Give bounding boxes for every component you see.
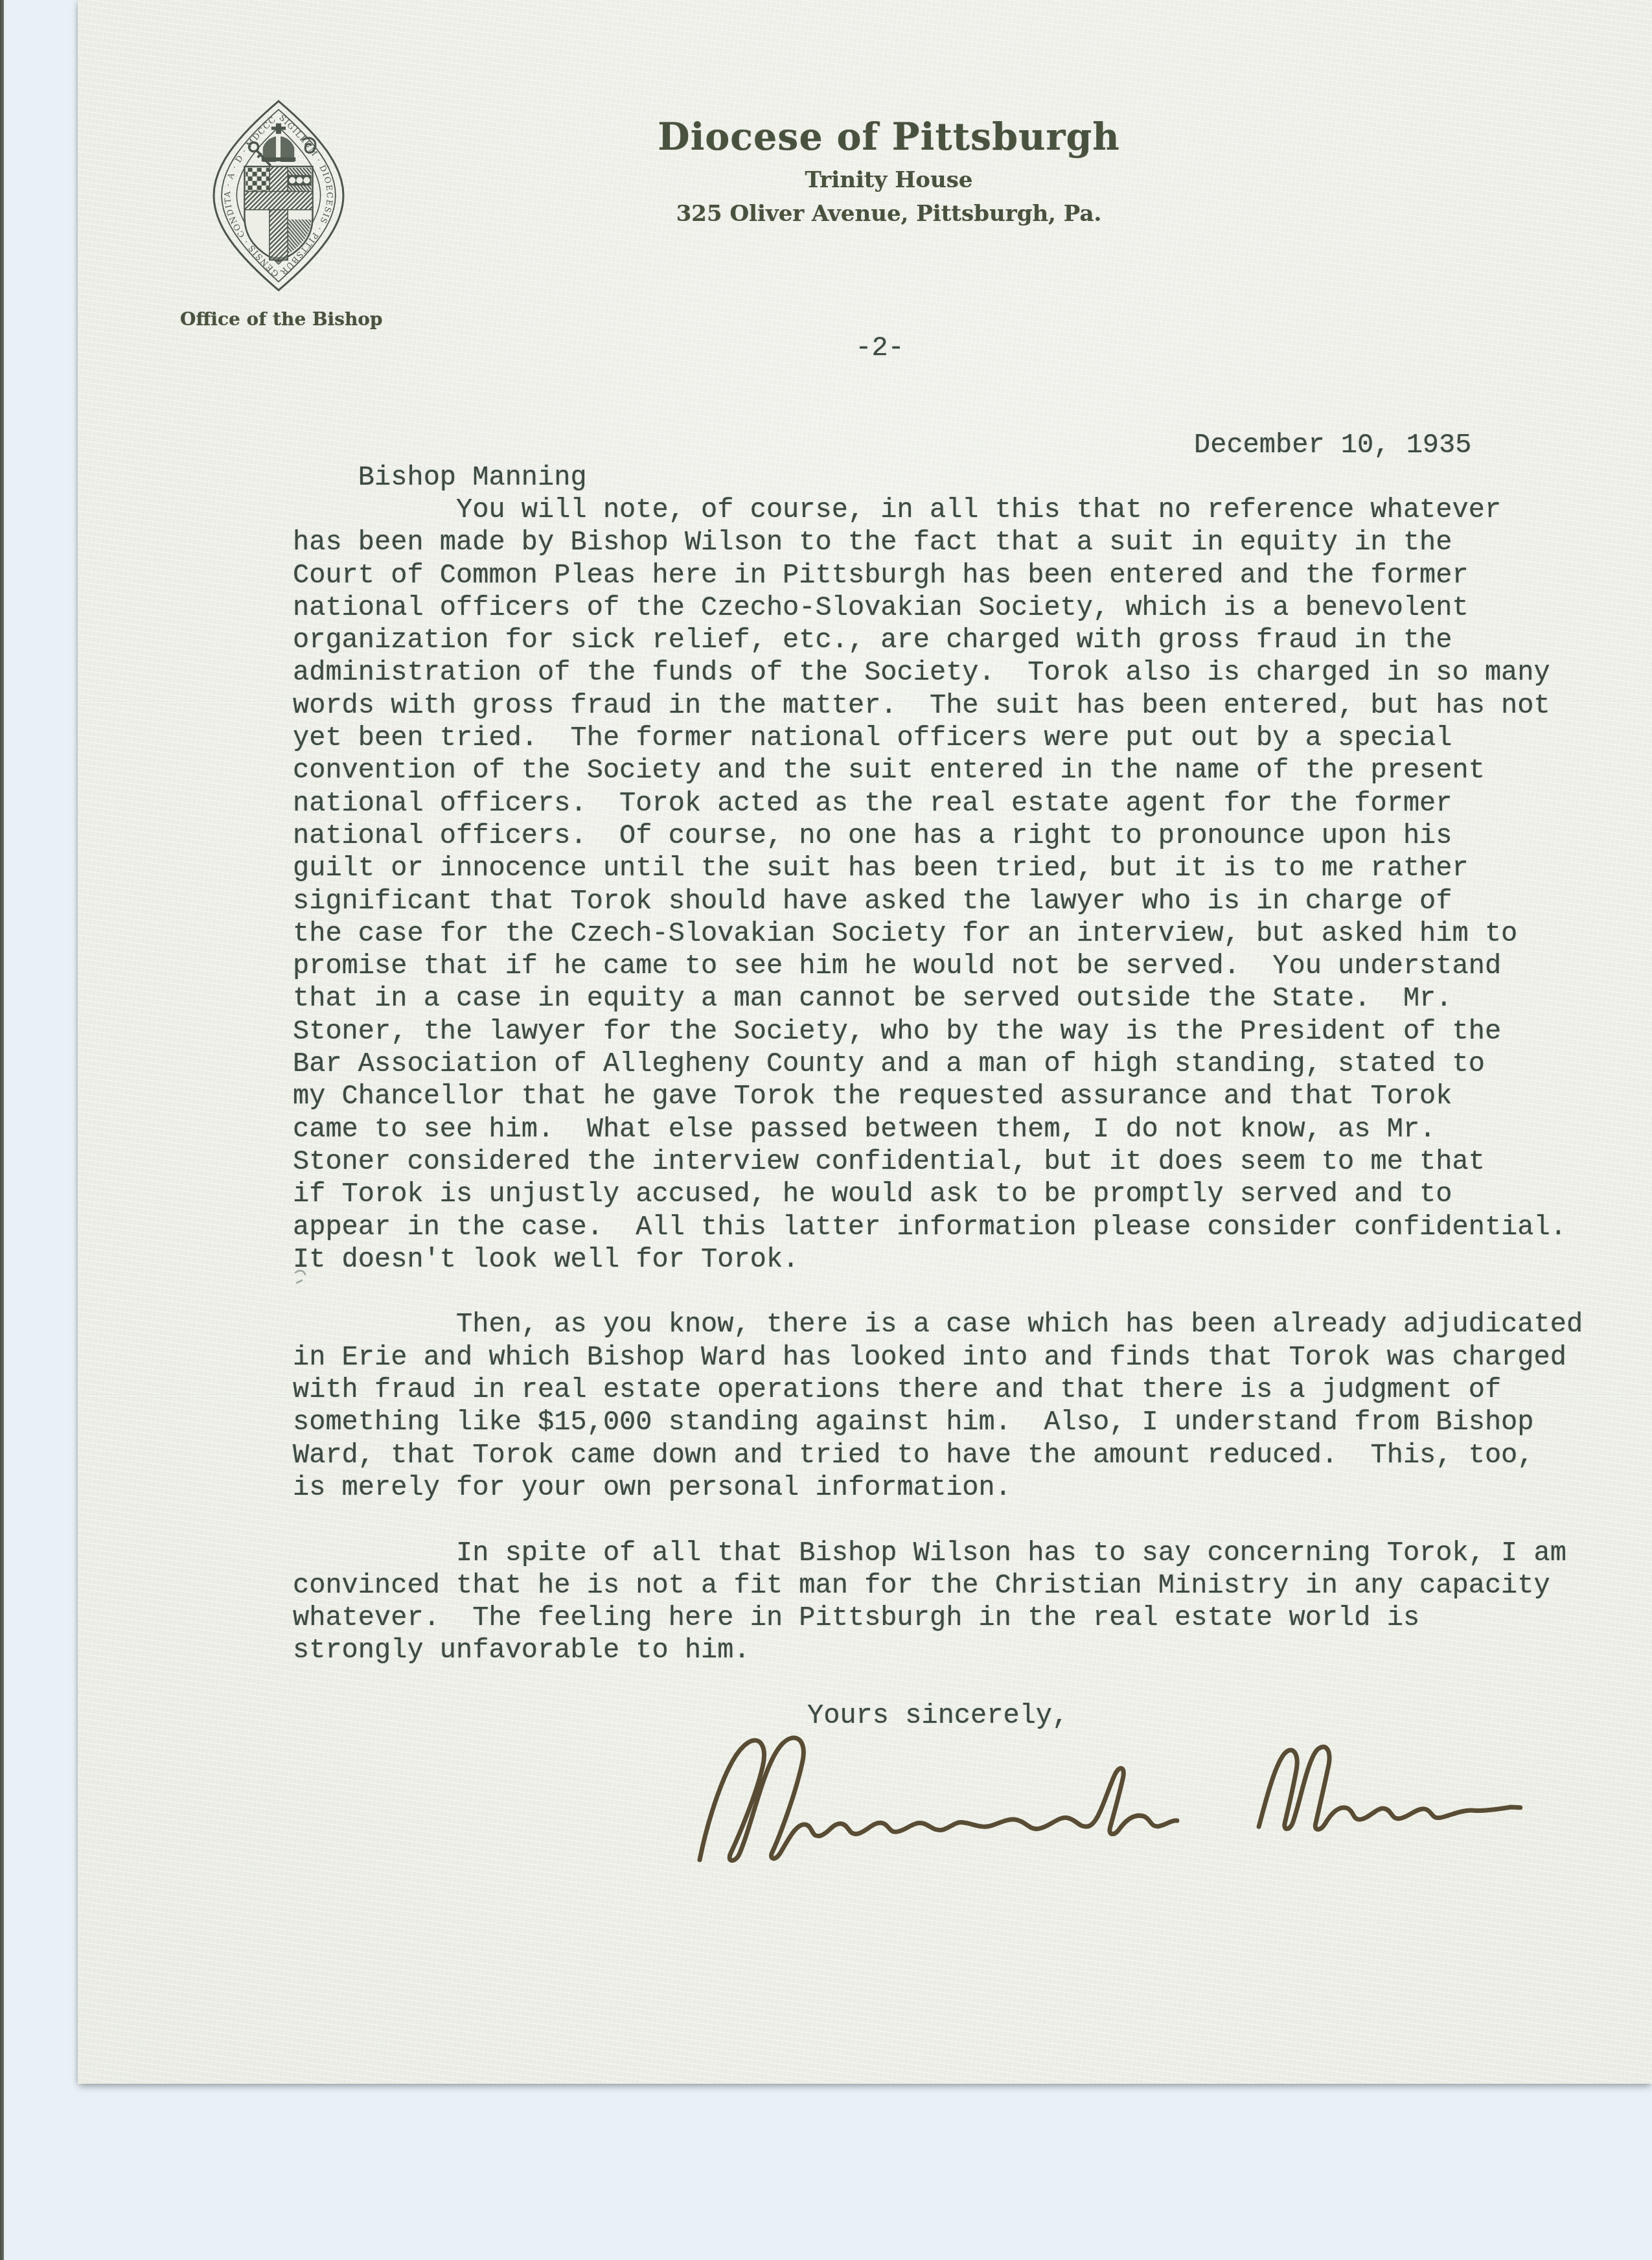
- typewritten-line: whatever. The feeling here in Pittsburgh…: [293, 1602, 1640, 1634]
- body-paragraph: You will note, of course, in all this th…: [293, 494, 1640, 1276]
- typewritten-line: came to see him. What else passed betwee…: [293, 1113, 1640, 1146]
- stray-pen-mark: [292, 1267, 315, 1291]
- scanned-letter-page: { "letterhead": { "title": "Diocese of P…: [0, 0, 1652, 2260]
- typewritten-line: my Chancellor that he gave Torok the req…: [293, 1080, 1640, 1113]
- letterhead-title: Diocese of Pittsburgh: [371, 115, 1407, 159]
- letter-paper: SIGILLUM · DIOECESIS · PITTSBURGENSIS · …: [78, 0, 1652, 2084]
- recipient-name: Bishop Manning: [358, 462, 587, 493]
- typewritten-line: national officers. Of course, no one has…: [293, 820, 1640, 852]
- typewritten-line: words with gross fraud in the matter. Th…: [293, 689, 1640, 722]
- body-paragraph: In spite of all that Bishop Wilson has t…: [293, 1537, 1640, 1667]
- body-paragraph: Then, as you know, there is a case which…: [293, 1308, 1640, 1504]
- typewritten-line: You will note, of course, in all this th…: [293, 494, 1640, 526]
- typewritten-line: if Torok is unjustly accused, he would a…: [293, 1178, 1640, 1210]
- typewritten-line: convention of the Society and the suit e…: [293, 754, 1640, 787]
- typewritten-line: appear in the case. All this latter info…: [293, 1211, 1640, 1243]
- typewritten-line: convinced that he is not a fit man for t…: [293, 1569, 1640, 1602]
- letterhead-subtitle: Trinity House: [371, 167, 1407, 193]
- typewritten-line: administration of the funds of the Socie…: [293, 656, 1640, 689]
- typewritten-line: strongly unfavorable to him.: [293, 1634, 1640, 1666]
- typewritten-line: Then, as you know, there is a case which…: [293, 1308, 1640, 1341]
- typewritten-line: Ward, that Torok came down and tried to …: [293, 1439, 1640, 1471]
- page-number: -2-: [815, 332, 945, 364]
- signature-alexander-mann: [692, 1707, 1652, 1876]
- typewritten-line: Stoner, the lawyer for the Society, who …: [293, 1015, 1640, 1048]
- typewritten-line: organization for sick relief, etc., are …: [293, 624, 1640, 656]
- typewritten-line: yet been tried. The former national offi…: [293, 722, 1640, 754]
- typewritten-line: significant that Torok should have asked…: [293, 885, 1640, 917]
- letter-body: You will note, of course, in all this th…: [293, 494, 1640, 1667]
- typewritten-line: the case for the Czech-Slovakian Society…: [293, 917, 1640, 950]
- typewritten-line: with fraud in real estate operations the…: [293, 1374, 1640, 1406]
- typewritten-line: It doesn't look well for Torok.: [293, 1243, 1640, 1276]
- typewritten-line: something like $15,000 standing against …: [293, 1406, 1640, 1438]
- typewritten-line: guilt or innocence until the suit has be…: [293, 852, 1640, 884]
- typewritten-line: national officers. Torok acted as the re…: [293, 787, 1640, 820]
- office-of-the-bishop-label: Office of the Bishop: [180, 308, 452, 330]
- typewritten-line: in Erie and which Bishop Ward has looked…: [293, 1341, 1640, 1374]
- letter-date: December 10, 1935: [1194, 429, 1471, 461]
- typewritten-line: In spite of all that Bishop Wilson has t…: [293, 1537, 1640, 1569]
- typewritten-line: that in a case in equity a man cannot be…: [293, 982, 1640, 1015]
- typewritten-line: promise that if he came to see him he wo…: [293, 950, 1640, 982]
- typewritten-line: Stoner considered the interview confiden…: [293, 1146, 1640, 1178]
- typewritten-line: national officers of the Czecho-Slovakia…: [293, 592, 1640, 624]
- scanner-edge-strip: [0, 0, 4, 2260]
- diocese-seal: SIGILLUM · DIOECESIS · PITTSBURGENSIS · …: [206, 98, 351, 293]
- typewritten-line: Court of Common Pleas here in Pittsburgh…: [293, 559, 1640, 592]
- typewritten-line: is merely for your own personal informat…: [293, 1471, 1640, 1504]
- typewritten-line: has been made by Bishop Wilson to the fa…: [293, 526, 1640, 559]
- typewritten-line: Bar Association of Allegheny County and …: [293, 1048, 1640, 1080]
- letterhead-address: 325 Oliver Avenue, Pittsburgh, Pa.: [371, 201, 1407, 227]
